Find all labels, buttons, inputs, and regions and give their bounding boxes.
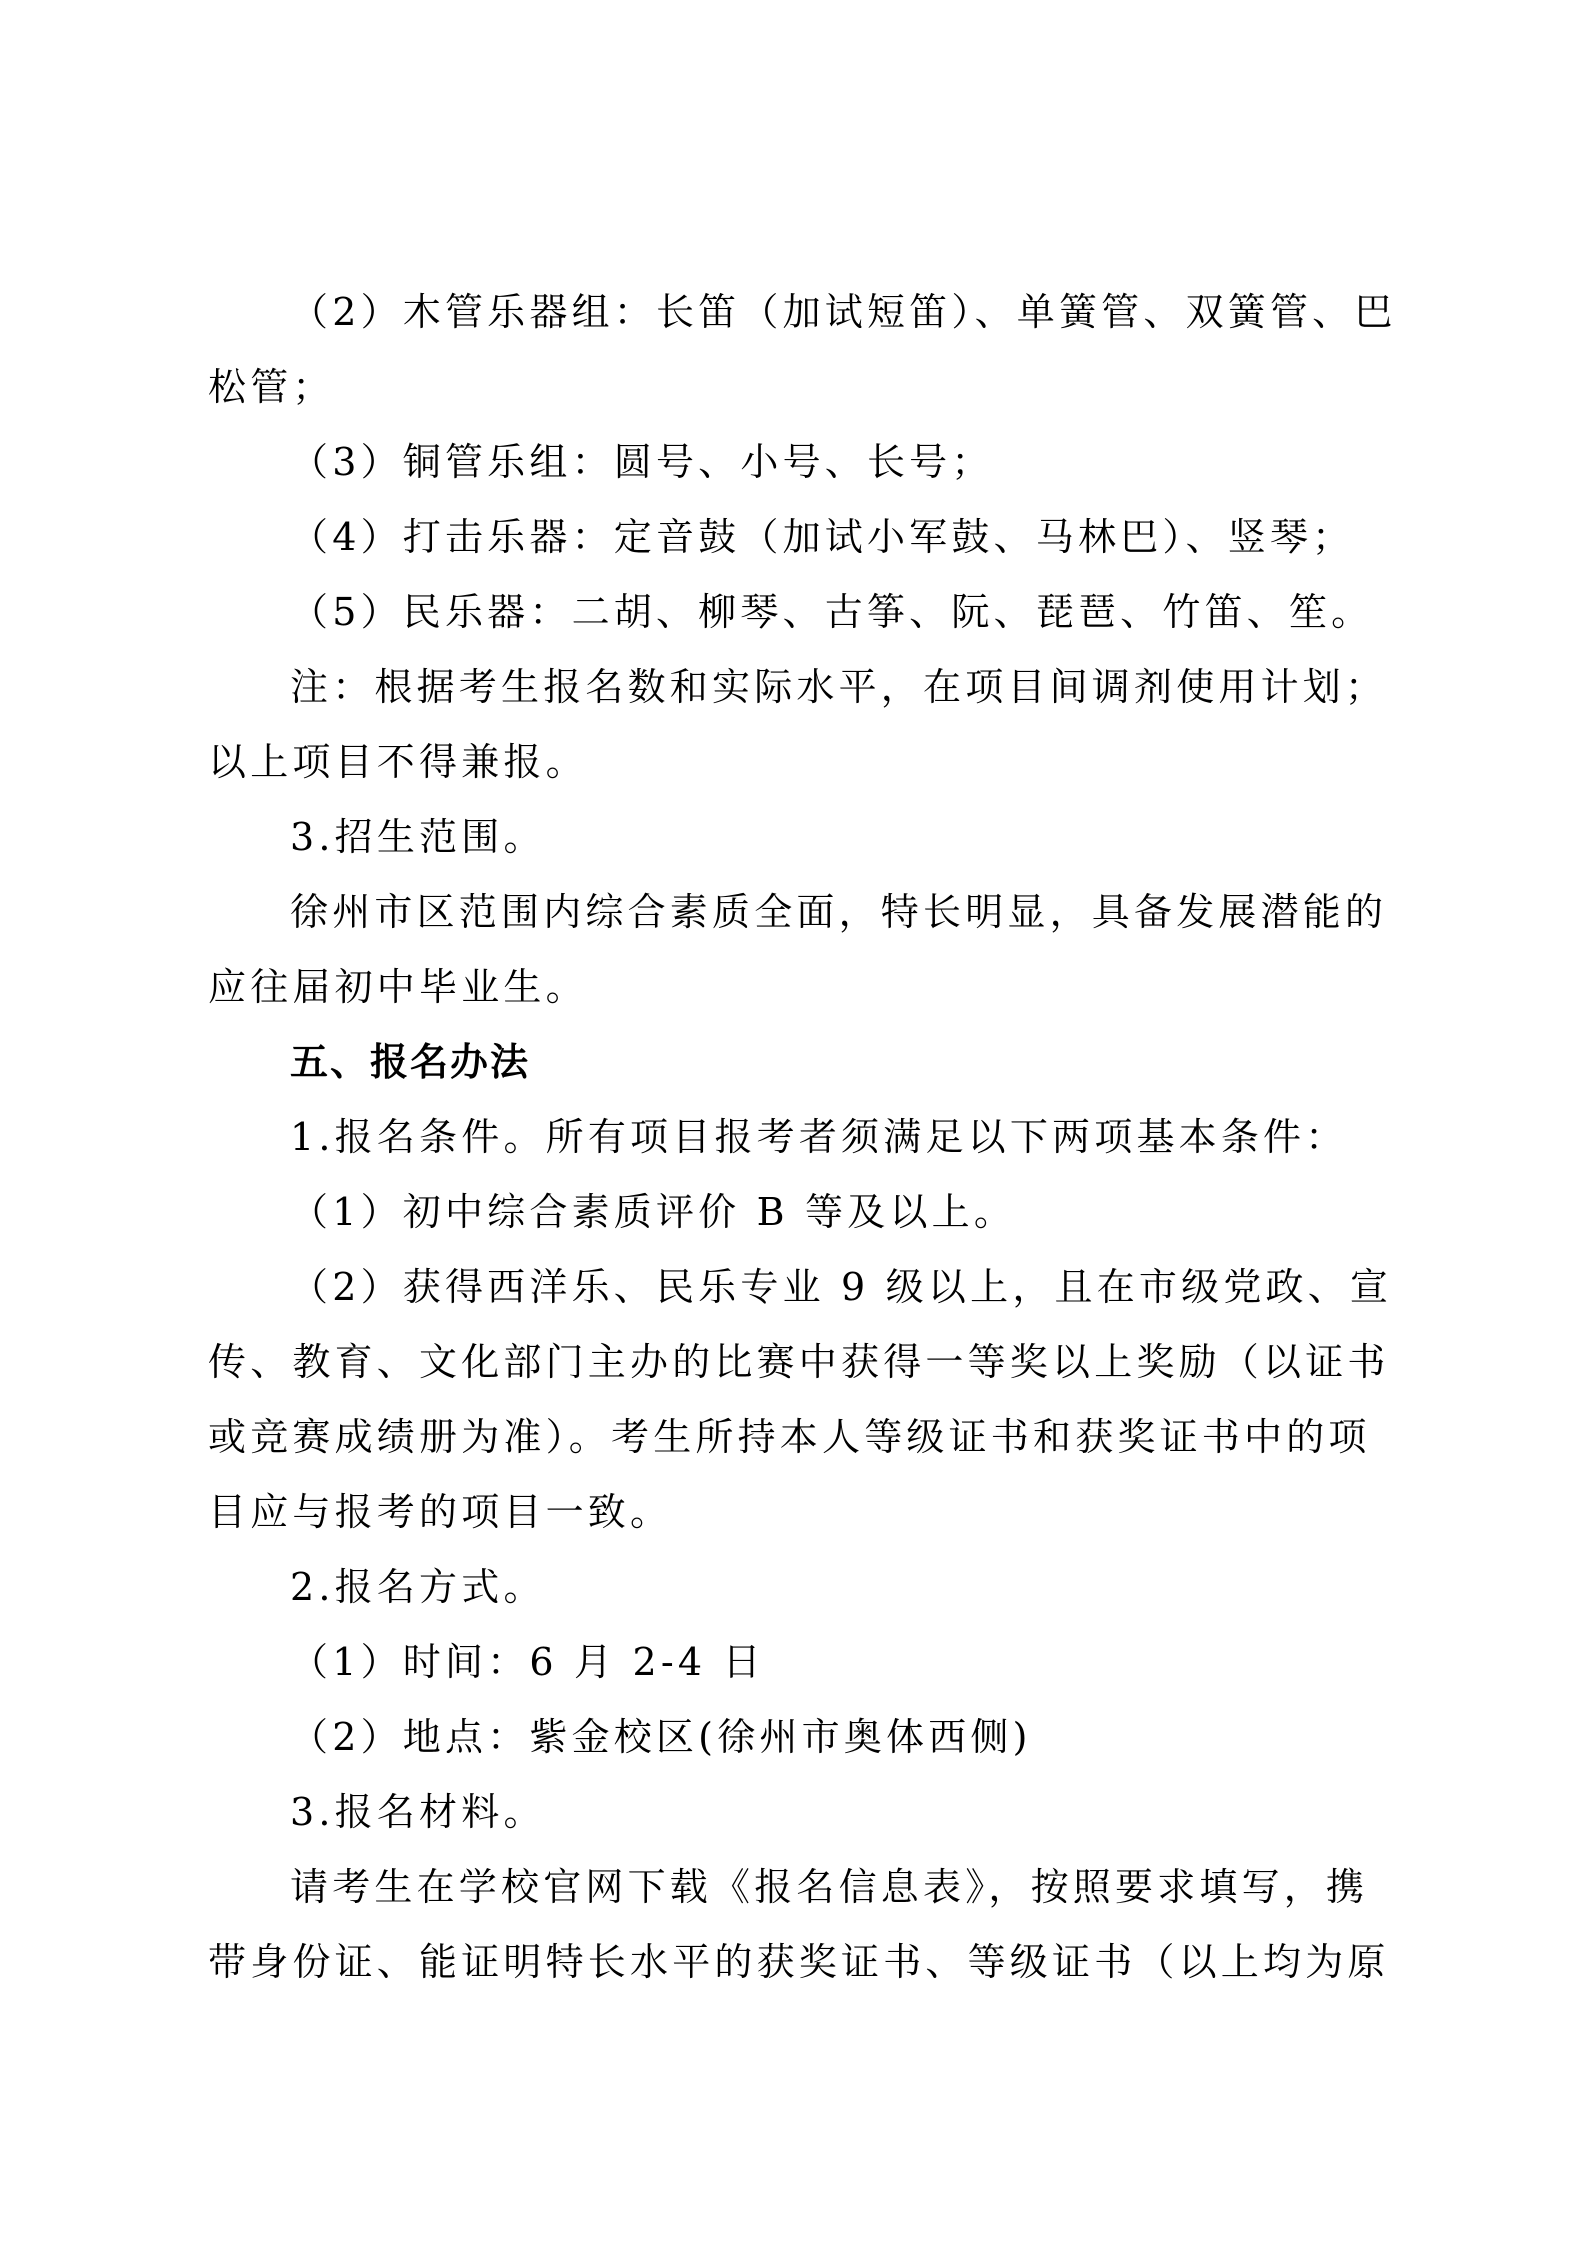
section-heading-registration: 五、报名办法 xyxy=(290,1037,1470,1087)
instrument-group-folk: （5）民乐器：二胡、柳琴、古筝、阮、琵琶、竹笛、笙。 xyxy=(290,587,1470,637)
materials-paragraph-cont: 带身份证、能证明特长水平的获奖证书、等级证书（以上均为原 xyxy=(208,1937,1388,1987)
condition-2: （2）获得西洋乐、民乐专业 9 级以上，且在市级党政、宣 xyxy=(290,1262,1470,1312)
registration-location: （2）地点：紫金校区(徐州市奥体西侧) xyxy=(290,1712,1470,1762)
registration-time: （1）时间：6 月 2-4 日 xyxy=(290,1637,1470,1687)
materials-paragraph: 请考生在学校官网下载《报名信息表》，按照要求填写，携 xyxy=(290,1862,1470,1912)
instrument-group-brass: （3）铜管乐组：圆号、小号、长号； xyxy=(290,437,1470,487)
subheading-registration-method: 2.报名方式。 xyxy=(290,1562,1470,1612)
scope-paragraph-cont: 应往届初中毕业生。 xyxy=(208,962,1388,1012)
condition-2-cont-1: 传、教育、文化部门主办的比赛中获得一等奖以上奖励（以证书 xyxy=(208,1337,1388,1387)
subheading-enrollment-scope: 3.招生范围。 xyxy=(290,812,1470,862)
document-page: （2）木管乐器组：长笛（加试短笛）、单簧管、双簧管、巴 松管； （3）铜管乐组：… xyxy=(0,0,1587,2245)
note-paragraph: 注：根据考生报名数和实际水平，在项目间调剂使用计划； xyxy=(290,662,1470,712)
instrument-group-woodwind-cont: 松管； xyxy=(208,362,1388,412)
note-paragraph-cont: 以上项目不得兼报。 xyxy=(208,737,1388,787)
condition-2-cont-3: 目应与报考的项目一致。 xyxy=(208,1487,1388,1537)
instrument-group-woodwind: （2）木管乐器组：长笛（加试短笛）、单簧管、双簧管、巴 xyxy=(290,287,1470,337)
subheading-registration-conditions: 1.报名条件。所有项目报考者须满足以下两项基本条件： xyxy=(290,1112,1470,1162)
condition-2-cont-2: 或竞赛成绩册为准）。考生所持本人等级证书和获奖证书中的项 xyxy=(208,1412,1388,1462)
subheading-registration-materials: 3.报名材料。 xyxy=(290,1787,1470,1837)
condition-1: （1）初中综合素质评价 B 等及以上。 xyxy=(290,1187,1470,1237)
instrument-group-percussion: （4）打击乐器：定音鼓（加试小军鼓、马林巴）、竖琴； xyxy=(290,512,1470,562)
scope-paragraph: 徐州市区范围内综合素质全面，特长明显，具备发展潜能的 xyxy=(290,887,1470,937)
